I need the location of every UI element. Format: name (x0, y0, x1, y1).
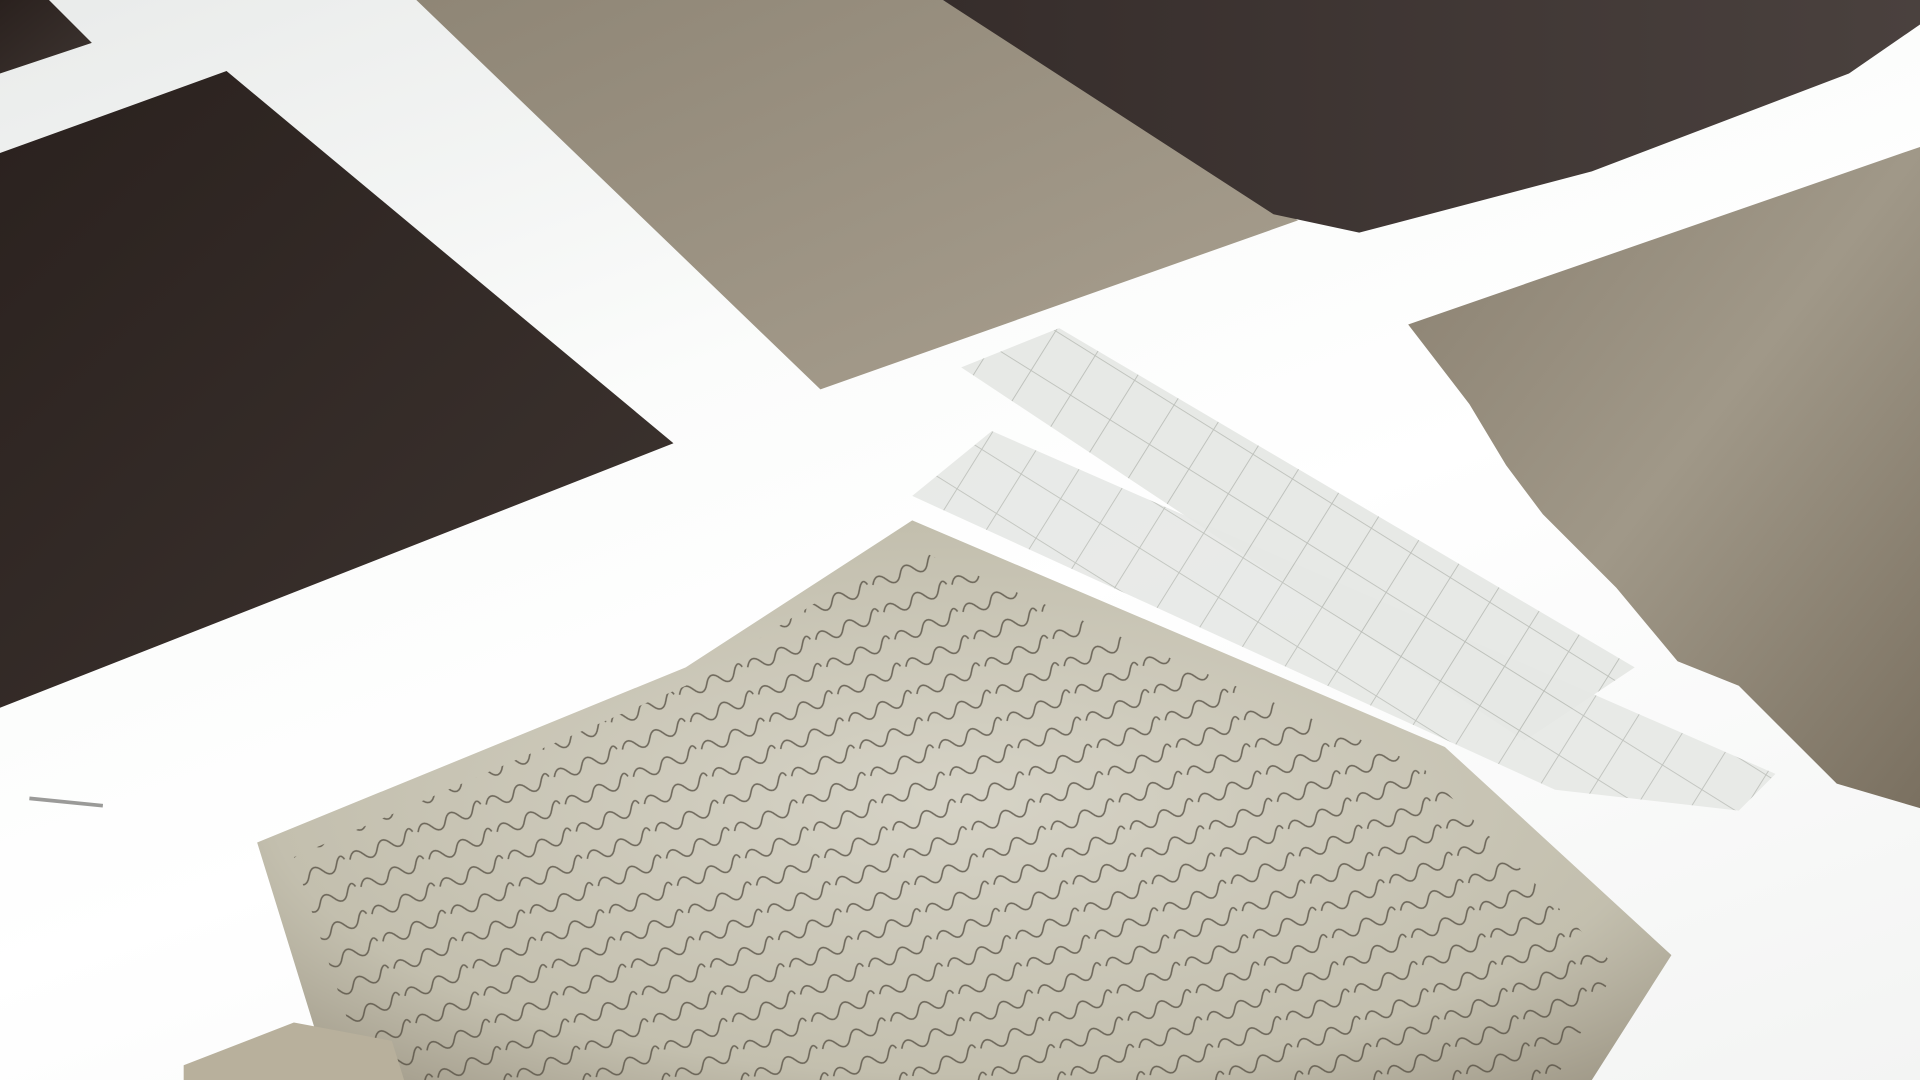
dark-board-top-left (0, 0, 92, 73)
photo-illustration (0, 0, 1920, 1080)
pencil-mark (29, 798, 102, 805)
dark-board-left (0, 71, 673, 708)
photo-scene: Old manuscripts on a light table with tr… (0, 0, 1920, 1080)
